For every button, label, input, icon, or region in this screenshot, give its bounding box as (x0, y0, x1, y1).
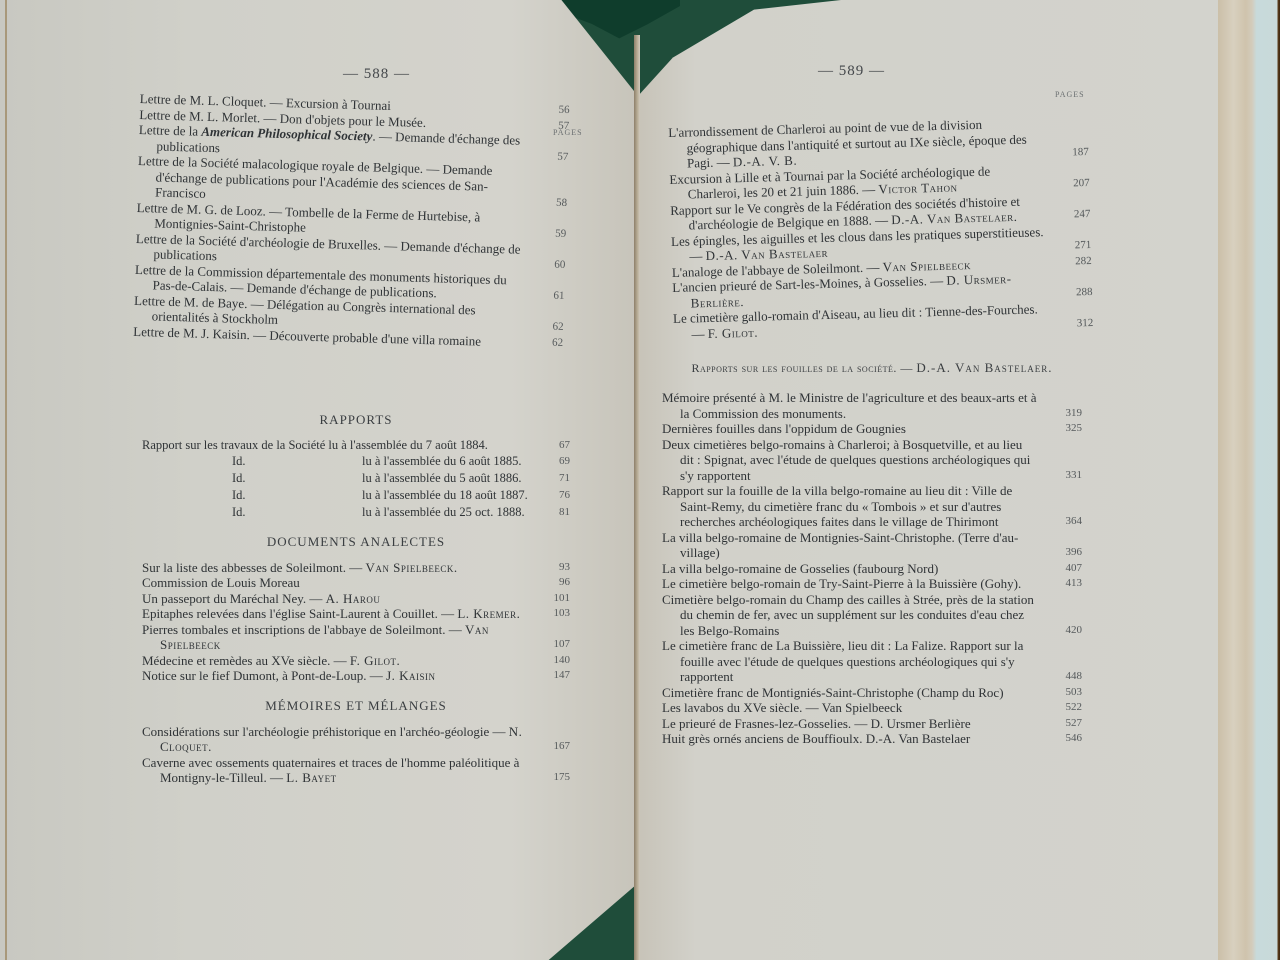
heading-title: Rapports sur les fouilles de la société.… (691, 361, 916, 375)
entry-page: 271 (1075, 238, 1092, 254)
entry-page: 527 (1066, 716, 1083, 732)
entry-author: Van Spielbeeck. (366, 560, 458, 575)
entry-page: 62 (552, 320, 563, 336)
toc-entry: Deux cimetières belgo-romains à Charlero… (662, 437, 1082, 484)
entry-page: 96 (559, 575, 570, 591)
left-page-edge (5, 0, 7, 960)
entry-page: 62 (552, 335, 563, 351)
entry-title: Deux cimetières belgo-romains à Charlero… (662, 437, 1030, 483)
entry-title: L'arrondissement de Charleroi au point d… (668, 117, 1027, 171)
entry-page: 175 (554, 770, 571, 786)
section-heading-documents: DOCUMENTS ANALECTES (142, 534, 570, 550)
entry-page: 69 (559, 454, 570, 469)
toc-entry: Considérations sur l'archéologie préhist… (142, 724, 570, 755)
section-heading-memoires: MÉMOIRES ET MÉLANGES (142, 698, 570, 714)
toc-entry: Epitaphes relevées dans l'église Saint-L… (142, 606, 570, 622)
rapport-row: Id.lu à l'assemblée du 6 août 1885.69 (142, 454, 570, 471)
toc-entry: Le prieuré de Frasnes-lez-Gosselies. — D… (662, 716, 1082, 732)
entry-page: 60 (554, 258, 565, 274)
entry-title: Le cimetière belgo-romain de Try-Saint-P… (662, 576, 1021, 591)
entry-title: Dernières fouilles dans l'oppidum de Gou… (662, 421, 906, 436)
toc-entry: Cimetière belgo-romain du Champ des cail… (662, 592, 1082, 639)
toc-entry: Sur la liste des abbesses de Soleilmont.… (142, 560, 570, 576)
entry-page: 81 (559, 505, 570, 520)
entry-page: 407 (1066, 561, 1083, 577)
entry-page: 364 (1066, 514, 1083, 530)
entry-page: 101 (554, 591, 571, 607)
ditto-mark: Id. (232, 471, 246, 486)
entry-page: 325 (1066, 421, 1083, 437)
left-page-number: — 588 — (343, 66, 410, 83)
toc-entry: Un passeport du Maréchal Ney. — A. Harou… (142, 591, 570, 607)
entry-page: 167 (554, 739, 571, 755)
entry-page: 282 (1075, 253, 1092, 269)
entry-page: 420 (1066, 623, 1083, 639)
rapport-row: Id.lu à l'assemblée du 18 août 1887.76 (142, 488, 570, 505)
entry-title: Lettre de la (139, 122, 202, 139)
entry-page: 319 (1066, 406, 1083, 422)
entry-page: 67 (559, 438, 570, 454)
entry-author: J. Kaisin (386, 668, 435, 683)
entry-page: 448 (1066, 669, 1083, 685)
toc-entry: Mémoire présenté à M. le Ministre de l'a… (662, 390, 1082, 421)
entry-title: Sur la liste des abbesses de Soleilmont.… (142, 560, 366, 575)
entry-page: 522 (1066, 700, 1083, 716)
toc-entry: Caverne avec ossements quaternaires et t… (142, 755, 570, 786)
entry-page: 56 (558, 103, 569, 119)
entry-page: 312 (1077, 315, 1094, 331)
toc-entry: Les lavabos du XVe siècle. — Van Spielbe… (662, 700, 1082, 716)
entry-page: 140 (554, 653, 571, 669)
entry-title: lu à l'assemblée du 5 août 1886. (362, 471, 522, 486)
section-heading-rapports: RAPPORTS (142, 412, 570, 428)
entry-page: 288 (1076, 284, 1093, 300)
heading-author: D.-A. Van Bastelaer. (916, 360, 1052, 375)
entry-page: 57 (557, 149, 568, 165)
entry-page: 187 (1072, 145, 1089, 161)
rapport-row: Id.lu à l'assemblée du 5 août 1886.71 (142, 471, 570, 488)
fouilles-section: Rapports sur les fouilles de la société.… (662, 360, 1082, 747)
entry-page: 503 (1066, 685, 1083, 701)
entry-title: Cimetière franc de Montigniés-Saint-Chri… (662, 685, 1004, 700)
ditto-mark: Id. (232, 488, 246, 503)
entry-page: 57 (558, 118, 569, 134)
entry-title: Notice sur le fief Dumont, à Pont-de-Lou… (142, 668, 386, 683)
entry-title: Cimetière belgo-romain du Champ des cail… (662, 592, 1034, 638)
entry-title: Les lavabos du XVe siècle. — Van Spielbe… (662, 700, 902, 715)
entry-title: lu à l'assemblée du 6 août 1885. (362, 454, 522, 469)
toc-entry: Le cimetière franc de La Buissière, lieu… (662, 638, 1082, 685)
entry-page: 103 (554, 606, 571, 622)
toc-entry: Notice sur le fief Dumont, à Pont-de-Lou… (142, 668, 570, 684)
entry-title: Mémoire présenté à M. le Ministre de l'a… (662, 390, 1037, 421)
page-stack-edge (1218, 0, 1280, 960)
ditto-mark: Id. (232, 454, 246, 469)
entry-title: La villa belgo-romaine de Gosselies (fau… (662, 561, 938, 576)
entry-title: Médecine et remèdes au XVe siècle. — (142, 653, 350, 668)
entry-title: Epitaphes relevées dans l'église Saint-L… (142, 606, 457, 621)
book-spine (634, 35, 640, 960)
entry-title: Huit grès ornés anciens de Bouffioulx. D… (662, 731, 970, 746)
toc-entry: La villa belgo-romaine de Gosselies (fau… (662, 561, 1082, 577)
toc-entry: Cimetière franc de Montigniés-Saint-Chri… (662, 685, 1082, 701)
toc-entry: Commission de Louis Moreau96 (142, 575, 570, 591)
entry-title: lu à l'assemblée du 18 août 1887. (362, 488, 528, 503)
entry-title: Commission de Louis Moreau (142, 575, 300, 590)
toc-entry: Dernières fouilles dans l'oppidum de Gou… (662, 421, 1082, 437)
entry-title: Pierres tombales et inscriptions de l'ab… (142, 622, 465, 637)
entry-page: 71 (559, 471, 570, 486)
toc-entry: Le cimetière belgo-romain de Try-Saint-P… (662, 576, 1082, 592)
entry-author: Van Spielbeeck (882, 257, 971, 274)
entry-page: 396 (1066, 545, 1083, 561)
toc-entry: Médecine et remèdes au XVe siècle. — F. … (142, 653, 570, 669)
entry-title: Le prieuré de Frasnes-lez-Gosselies. — D… (662, 716, 971, 731)
entry-title: Le cimetière franc de La Buissière, lieu… (662, 638, 1023, 684)
entry-page: 147 (554, 668, 571, 684)
entry-author: Victor Tahon (878, 179, 958, 196)
entry-title: Considérations sur l'archéologie préhist… (142, 724, 509, 739)
right-page-number: — 589 — (818, 63, 885, 80)
section-heading-fouilles: Rapports sur les fouilles de la société.… (662, 360, 1082, 376)
entry-page: 331 (1066, 468, 1083, 484)
entry-page: 107 (554, 637, 571, 653)
entry-author: L. Bayet (286, 770, 336, 785)
entry-page: 546 (1066, 731, 1083, 747)
entry-page: 207 (1073, 176, 1090, 192)
entry-title: La villa belgo-romaine de Montignies-Sai… (662, 530, 1018, 561)
entry-title: Rapport sur les travaux de la Société lu… (142, 438, 488, 452)
entry-page: 76 (559, 488, 570, 503)
entry-author: A. Harou (326, 591, 381, 606)
rapport-row: Id.lu à l'assemblée du 25 oct. 1888.81 (142, 505, 570, 522)
entry-page: 413 (1066, 576, 1083, 592)
entry-page: 58 (556, 196, 567, 212)
entry-page: 247 (1074, 207, 1091, 223)
right-pages-label: PAGES (1055, 90, 1085, 99)
left-letters-list: Lettre de M. L. Cloquet. — Excursion à T… (133, 91, 570, 351)
toc-entry: Rapport sur la fouille de la villa belgo… (662, 483, 1082, 530)
toc-entry: Huit grès ornés anciens de Bouffioulx. D… (662, 731, 1082, 747)
entry-title: Rapport sur la fouille de la villa belgo… (662, 483, 1012, 529)
toc-entry: La villa belgo-romaine de Montignies-Sai… (662, 530, 1082, 561)
rapports-section: RAPPORTS Rapport sur les travaux de la S… (142, 398, 570, 786)
entry-author: D.-A. V. B. (733, 153, 798, 170)
entry-title: Un passeport du Maréchal Ney. — (142, 591, 326, 606)
toc-entry: Pierres tombales et inscriptions de l'ab… (142, 622, 570, 653)
ditto-mark: Id. (232, 505, 246, 520)
entry-author: F. Gilot. (708, 324, 759, 340)
entry-author: L. Kremer. (457, 606, 520, 621)
entry-page: 93 (559, 560, 570, 576)
toc-entry: Rapport sur les travaux de la Société lu… (142, 438, 570, 454)
entry-page: 61 (553, 289, 564, 305)
entry-author: F. Gilot. (350, 653, 400, 668)
right-entries-list: L'arrondissement de Charleroi au point d… (668, 114, 1094, 342)
entry-title: lu à l'assemblée du 25 oct. 1888. (362, 505, 525, 520)
entry-page: 59 (555, 227, 566, 243)
